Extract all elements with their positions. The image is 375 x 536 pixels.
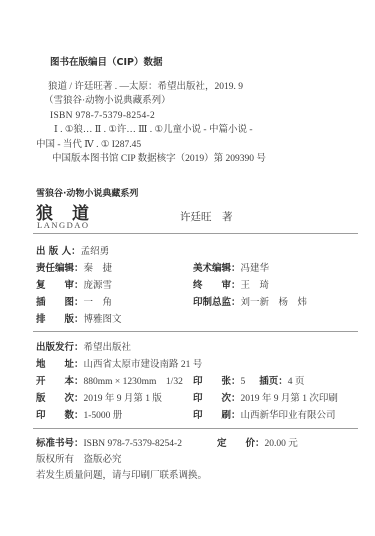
editor-label: 责任编辑：	[36, 263, 84, 274]
pub-row-printrun: 印 数：1-5000 册 印 刷：山西新华印业有限公司	[36, 407, 358, 424]
copyright-page: 图书在版编目（CIP）数据 狼道 / 许廷旺著 . —太原：希望出版社，2019…	[0, 0, 375, 536]
reviewer-label: 复 审：	[36, 280, 84, 291]
cip-line-isbn: ISBN 978-7-5379-8254-2	[50, 109, 357, 124]
pub-row-edition: 版 次：2019 年 9 月第 1 版 印 次：2019 年 9 月第 1 次印…	[36, 390, 358, 407]
price-value: 20.00 元	[265, 439, 298, 449]
inserts-value: 4 页	[288, 377, 305, 387]
printer-label: 印 刷：	[193, 410, 241, 421]
typesetting-name: 博雅图文	[84, 315, 122, 325]
print-director-names: 刘一新 杨 炜	[241, 298, 308, 308]
cip-header: 图书在版编目（CIP）数据	[50, 56, 357, 71]
publishing-section: 出版发行：希望出版社 地 址：山西省太原市建设南路 21 号 开 本：880mm…	[36, 339, 358, 424]
cip-line-title: 狼道 / 许廷旺著 . —太原：希望出版社，2019. 9	[48, 80, 357, 95]
divider-top	[33, 233, 358, 234]
final-reviewer-name: 王 琦	[241, 281, 270, 291]
book-title-pinyin: LANGDAO	[37, 220, 90, 230]
edition-label: 版 次：	[36, 393, 84, 404]
pub-row-address: 地 址：山西省太原市建设南路 21 号	[36, 356, 358, 373]
isbn-value: ISBN 978-7-5379-8254-2	[84, 439, 182, 449]
pub-publisher-label: 出版发行：	[36, 342, 84, 353]
divider-bottom	[33, 428, 358, 429]
illustrator-label: 插 图：	[36, 297, 84, 308]
quality-notice: 若发生质量问题，请与印刷厂联系调换。	[36, 468, 358, 484]
author-name: 许廷旺 著	[180, 209, 233, 224]
print-run-value: 1-5000 册	[84, 411, 123, 421]
publisher-name: 孟绍勇	[81, 247, 110, 257]
publisher-label: 出 版 人：	[36, 246, 81, 257]
staff-row-illustration: 插 图：一 角 印制总监：刘一新 杨 炜	[36, 294, 358, 311]
divider-middle	[33, 331, 358, 332]
pub-row-format: 开 本：880mm × 1230mm 1/32 印 张：5插页：4 页	[36, 373, 358, 390]
format-value: 880mm × 1230mm 1/32	[84, 377, 183, 387]
series-title: 雪狼谷·动物小说典藏系列	[36, 186, 138, 199]
staff-row-editors: 责任编辑：秦 捷 美术编辑：冯建华	[36, 260, 358, 277]
edition-value: 2019 年 9 月第 1 版	[84, 394, 162, 404]
footer-row-isbn-price: 标准书号：ISBN 978-7-5379-8254-2 定 价：20.00 元	[36, 435, 358, 452]
editor-name: 秦 捷	[84, 264, 113, 274]
print-director-label: 印制总监：	[193, 297, 241, 308]
impression-label: 印 次：	[193, 393, 241, 404]
final-reviewer-label: 终 审：	[193, 280, 241, 291]
format-label: 开 本：	[36, 376, 84, 387]
copyright-notice: 版权所有 盗版必究	[36, 452, 358, 468]
reviewer-name: 庞源雪	[84, 281, 113, 291]
price-label: 定 价：	[217, 438, 265, 449]
address-label: 地 址：	[36, 359, 84, 370]
cip-line-classification-2: 中国 - 当代 Ⅳ . ① I287.45	[36, 138, 357, 153]
staff-row-reviewers: 复 审：庞源雪 终 审：王 琦	[36, 277, 358, 294]
cip-section: 图书在版编目（CIP）数据 狼道 / 许廷旺著 . —太原：希望出版社，2019…	[36, 56, 357, 167]
print-run-label: 印 数：	[36, 410, 84, 421]
staff-section: 出 版 人：孟绍勇 责任编辑：秦 捷 美术编辑：冯建华 复 审：庞源雪 终 审：…	[36, 243, 358, 328]
isbn-label: 标准书号：	[36, 438, 84, 449]
staff-row-typesetting: 排 版：博雅图文	[36, 311, 358, 328]
footer-section: 标准书号：ISBN 978-7-5379-8254-2 定 价：20.00 元 …	[36, 435, 358, 484]
cip-line-registry-number: 中国版本图书馆 CIP 数据核字（2019）第 209390 号	[52, 152, 357, 167]
art-editor-name: 冯建华	[241, 264, 270, 274]
cip-line-classification-1: Ⅰ . ①狼… Ⅱ . ①许… Ⅲ . ①儿童小说 - 中篇小说 -	[54, 123, 357, 138]
sheets-label: 印 张：	[193, 376, 241, 387]
printer-name: 山西新华印业有限公司	[241, 411, 336, 421]
inserts-label: 插页：	[259, 376, 288, 387]
cip-line-series: （雪狼谷·动物小说典藏系列）	[44, 94, 357, 109]
pub-row-publisher: 出版发行：希望出版社	[36, 339, 358, 356]
typesetting-label: 排 版：	[36, 314, 84, 325]
staff-row-publisher: 出 版 人：孟绍勇	[36, 243, 358, 260]
impression-value: 2019 年 9 月第 1 次印刷	[241, 394, 338, 404]
sheets-value: 5	[241, 377, 246, 387]
illustrator-name: 一 角	[84, 298, 113, 308]
address-value: 山西省太原市建设南路 21 号	[84, 360, 203, 370]
pub-publisher-name: 希望出版社	[84, 343, 132, 353]
art-editor-label: 美术编辑：	[193, 263, 241, 274]
